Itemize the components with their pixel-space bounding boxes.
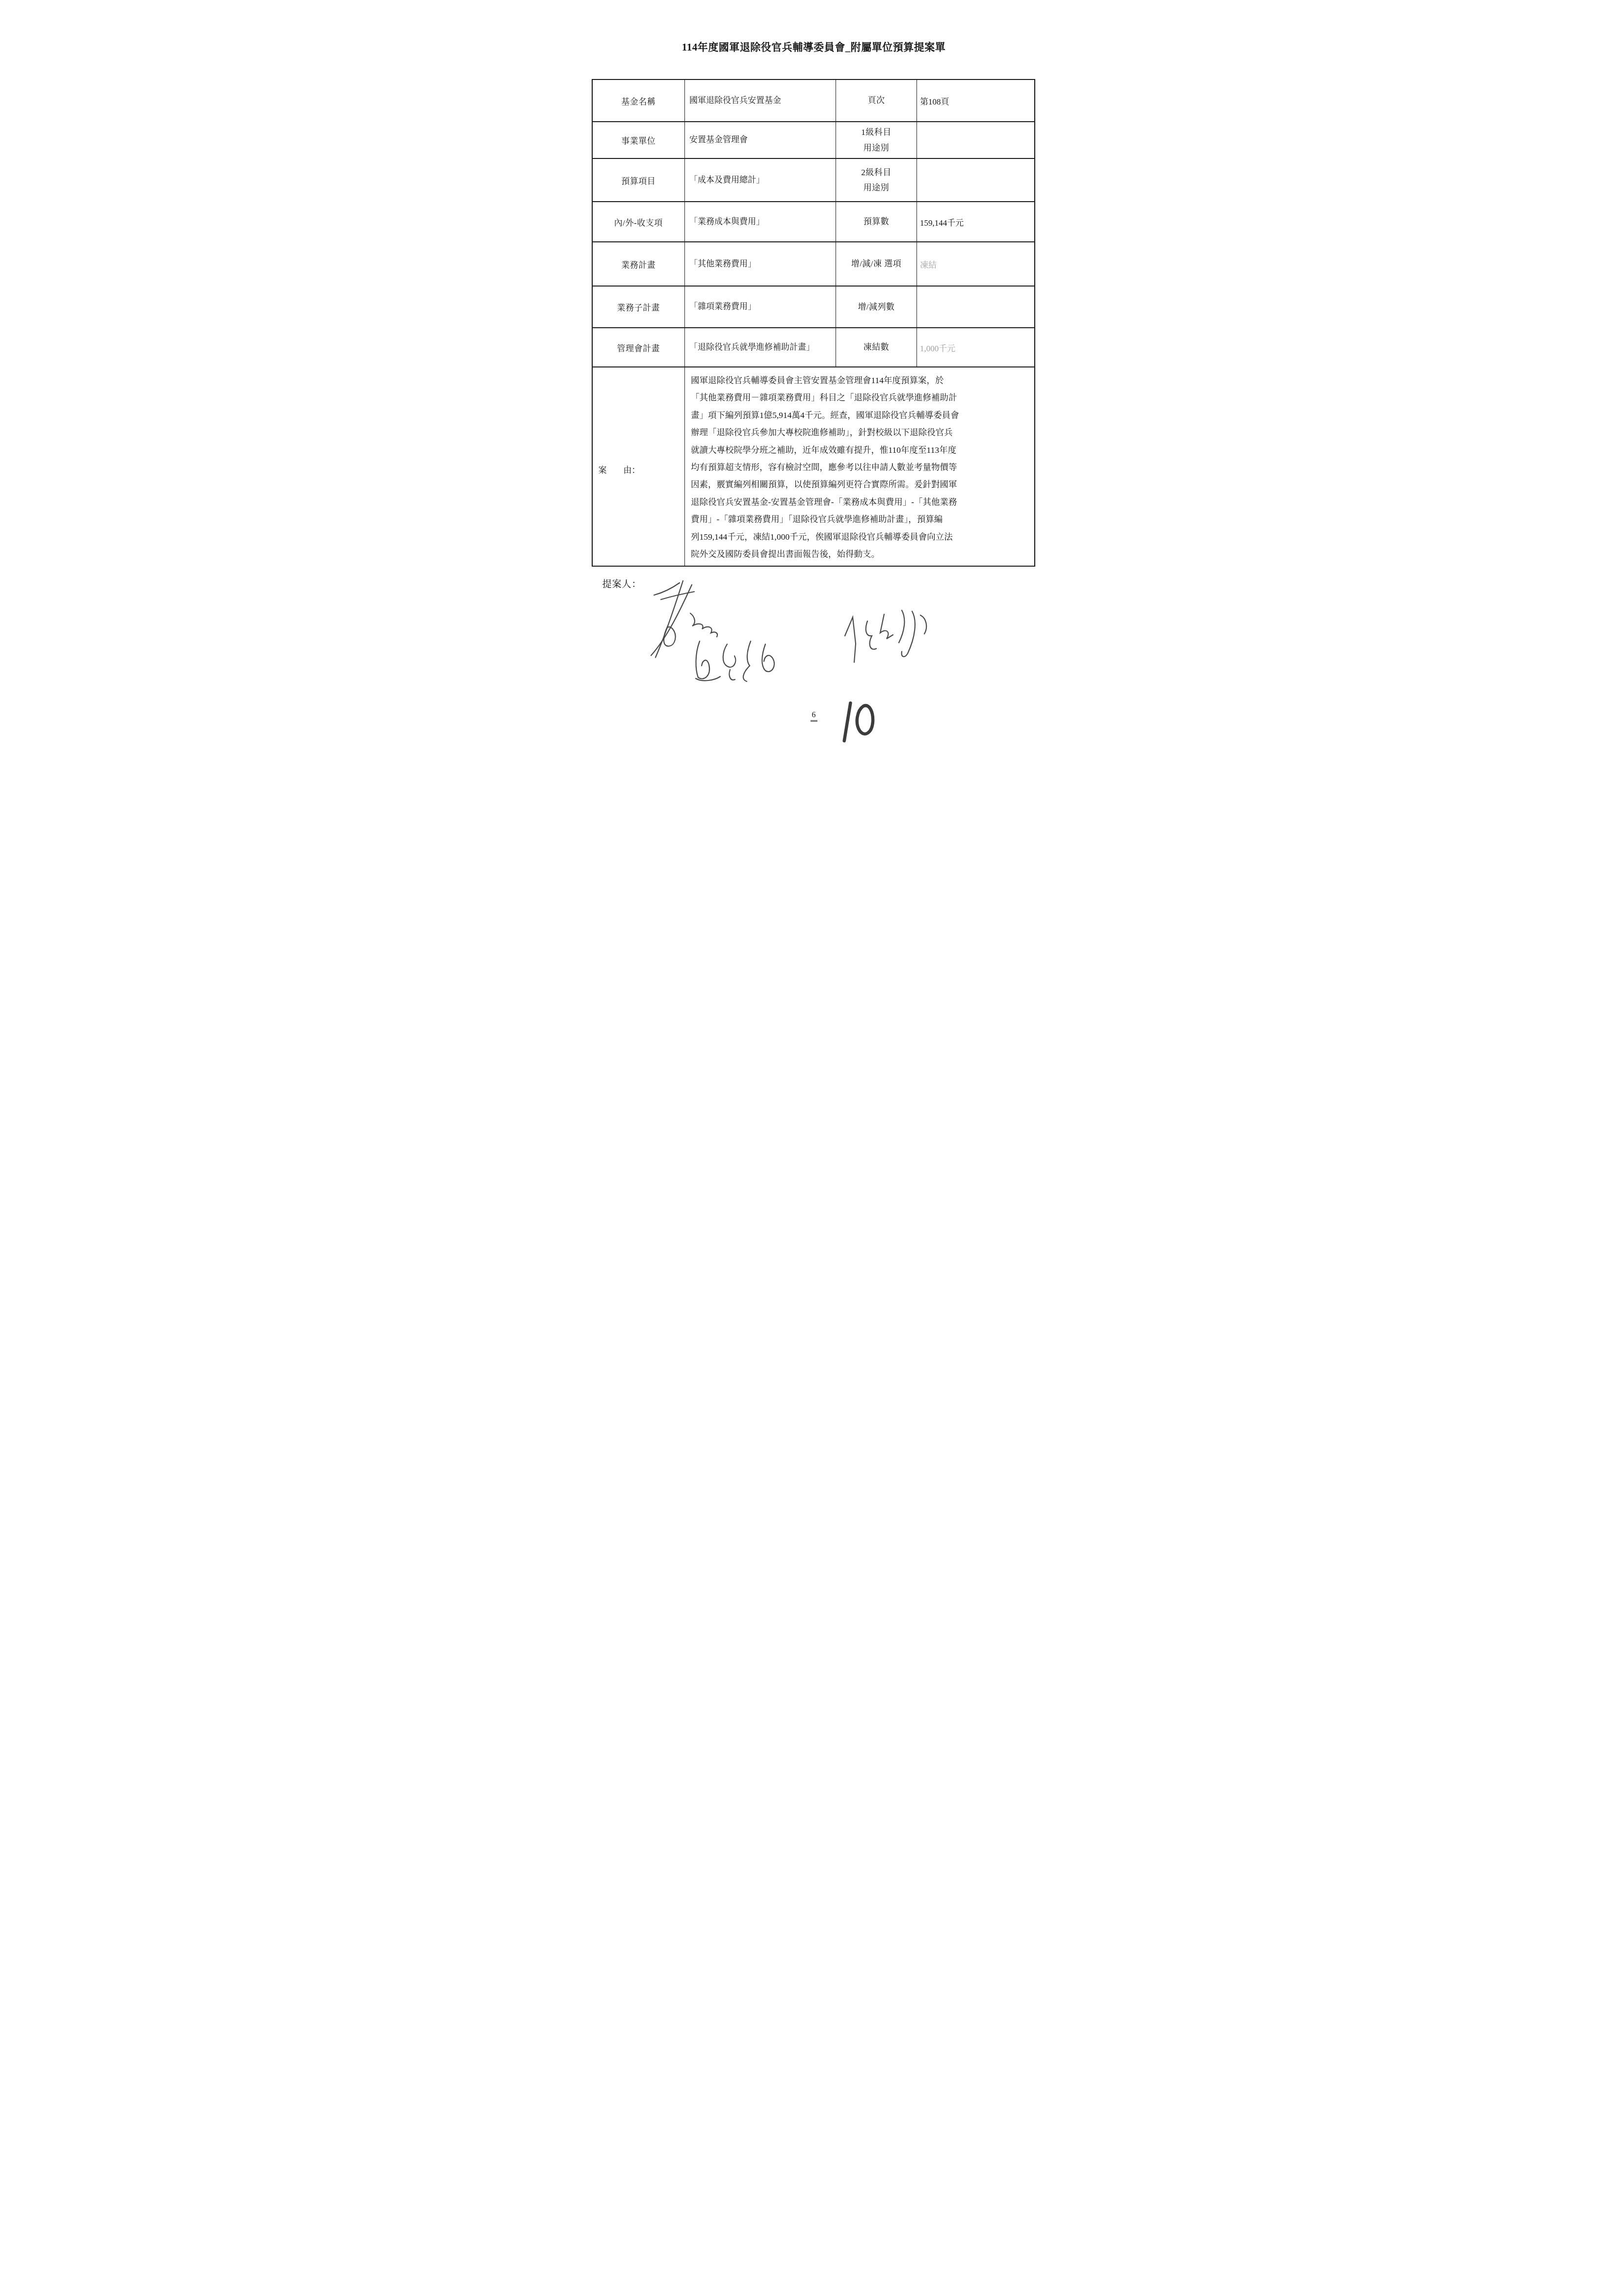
budget-item-label: 預算項目: [592, 158, 685, 202]
case-text: 國軍退除役官兵輔導委員會主管安置基金管理會114年度預算案，於 「其他業務費用－…: [685, 367, 1035, 566]
level1-subject-value: [917, 122, 1035, 158]
table-row-fund-name: 基金名稱 國軍退除役官兵安置基金 頁次 第108頁: [592, 79, 1035, 122]
level1-subject-label-line1: 1級科目: [837, 125, 916, 140]
table-row-business-plan: 業務計畫 「其他業務費用」 增/減/凍 選項 凍結: [592, 242, 1035, 286]
level1-subject-label-line2: 用途別: [837, 140, 916, 156]
proposal-table: 基金名稱 國軍退除役官兵安置基金 頁次 第108頁 事業單位 安置基金管理會 1…: [592, 79, 1035, 567]
page-index-value: 第108頁: [917, 79, 1035, 122]
change-rows-value: [917, 286, 1035, 328]
level2-subject-value: [917, 158, 1035, 202]
frozen-amount-label: 凍結數: [836, 328, 917, 367]
change-option-label-line1: 增/減/凍 選項: [837, 256, 916, 271]
business-plan-value: 「其他業務費用」: [685, 242, 836, 286]
business-subplan-value: 「雜項業務費用」: [685, 286, 836, 328]
case-text-line: 國軍退除役官兵輔導委員會主管安置基金管理會114年度預算案，於: [691, 372, 1028, 389]
level1-subject-label: 1級科目 用途別: [836, 122, 917, 158]
handwritten-page-number-10: [835, 697, 880, 745]
frozen-amount-value: 1,000千元: [917, 328, 1035, 367]
scanned-budget-proposal-form: 114年度國軍退除役官兵輔導委員會_附屬單位預算提案單 基金名稱 國軍退除役官兵…: [542, 0, 1083, 765]
committee-plan-value: 「退除役官兵就學進修補助計畫」: [685, 328, 836, 367]
case-text-line: 「其他業務費用－雜項業務費用」科目之「退除役官兵就學進修補助計: [691, 389, 1028, 406]
business-subplan-label: 業務子計畫: [592, 286, 685, 328]
case-text-line: 均有預算超支情形，容有檢討空間，應參考以往申請人數並考量物價等: [691, 459, 1028, 476]
page-index-label-line1: 頁次: [837, 93, 916, 108]
level2-subject-label-line2: 用途別: [837, 180, 916, 195]
revenue-expense-value: 「業務成本與費用」: [685, 202, 836, 242]
case-text-line: 退除役官兵安置基金-安置基金管理會-「業務成本與費用」-「其他業務: [691, 494, 1028, 511]
case-label: 案 由：: [592, 367, 685, 566]
fund-name-label: 基金名稱: [592, 79, 685, 122]
revenue-expense-label: 內/外-收支項: [592, 202, 685, 242]
level2-subject-label-line1: 2級科目: [837, 165, 916, 180]
budget-item-value: 「成本及費用總計」: [685, 158, 836, 202]
budget-amount-value: 159,144千元: [917, 202, 1035, 242]
case-text-line: 畫」項下編列預算1億5,914萬4千元。經查，國軍退除役官兵輔導委員會: [691, 407, 1028, 424]
business-unit-value: 安置基金管理會: [685, 122, 836, 158]
change-rows-label-line1: 增/減列數: [837, 299, 916, 314]
handwritten-signature-2: [689, 635, 794, 687]
table-row-committee-plan: 管理會計畫 「退除役官兵就學進修補助計畫」 凍結數 1,000千元: [592, 328, 1035, 367]
printed-page-number: 6: [811, 711, 817, 722]
case-text-line: 因素，覈實編列相關預算，以使預算編列更符合實際所需。爰針對國軍: [691, 476, 1028, 493]
page-title: 114年度國軍退除役官兵輔導委員會_附屬單位預算提案單: [586, 39, 1042, 54]
case-text-line: 院外交及國防委員會提出書面報告後，始得動支。: [691, 546, 1028, 563]
table-row-budget-item: 預算項目 「成本及費用總計」 2級科目 用途別: [592, 158, 1035, 202]
table-row-business-unit: 事業單位 安置基金管理會 1級科目 用途別: [592, 122, 1035, 158]
change-rows-label: 增/減列數: [836, 286, 917, 328]
frozen-amount-label-line1: 凍結數: [837, 339, 916, 355]
page-index-label: 頁次: [836, 79, 917, 122]
budget-amount-label: 預算數: [836, 202, 917, 242]
business-unit-label: 事業單位: [592, 122, 685, 158]
table-row-business-subplan: 業務子計畫 「雜項業務費用」 增/減列數: [592, 286, 1035, 328]
table-row-revenue-expense: 內/外-收支項 「業務成本與費用」 預算數 159,144千元: [592, 202, 1035, 242]
case-text-line: 列159,144千元，凍結1,000千元，俟國軍退除役官兵輔導委員會向立法: [691, 528, 1028, 546]
case-text-line: 辦理「退除役官兵參加大專校院進修補助」，針對校級以下退除役官兵: [691, 424, 1028, 441]
change-option-label: 增/減/凍 選項: [836, 242, 917, 286]
fund-name-value: 國軍退除役官兵安置基金: [685, 79, 836, 122]
case-text-line: 就讀大專校院學分班之補助，近年成效雖有提升，惟110年度至113年度: [691, 442, 1028, 459]
case-text-line: 費用」-「雜項業務費用」「退除役官兵就學進修補助計畫」，預算編: [691, 511, 1028, 528]
budget-amount-label-line1: 預算數: [837, 214, 916, 229]
change-option-value: 凍結: [917, 242, 1035, 286]
committee-plan-label: 管理會計畫: [592, 328, 685, 367]
business-plan-label: 業務計畫: [592, 242, 685, 286]
table-row-case-description: 案 由： 國軍退除役官兵輔導委員會主管安置基金管理會114年度預算案，於 「其他…: [592, 367, 1035, 566]
level2-subject-label: 2級科目 用途別: [836, 158, 917, 202]
handwritten-signature-3: [836, 607, 946, 666]
